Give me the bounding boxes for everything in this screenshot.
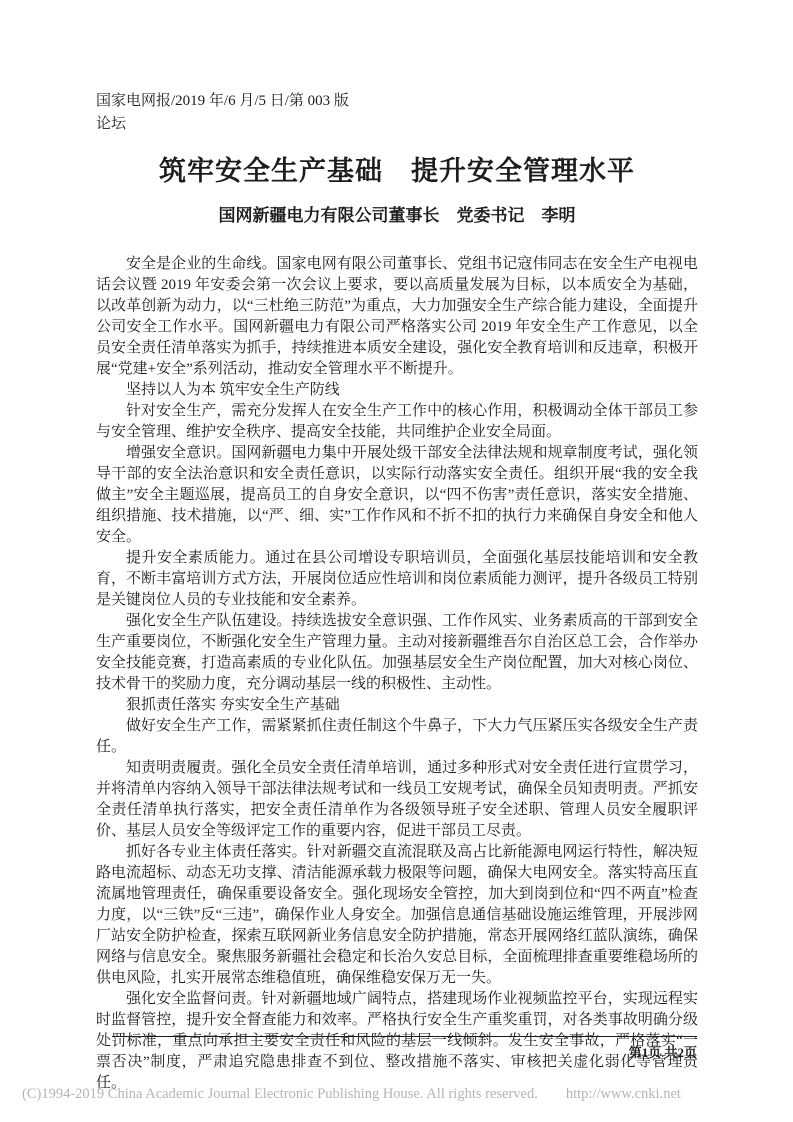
- source-line: 国家电网报/2019 年/6 月/5 日/第 003 版: [96, 90, 698, 113]
- body-paragraph: 安全是企业的生命线。国家电网有限公司董事长、党组书记寇伟同志在安全生产电视电话会…: [96, 254, 698, 380]
- section-label: 论坛: [96, 113, 698, 136]
- article-body: 安全是企业的生命线。国家电网有限公司董事长、党组书记寇伟同志在安全生产电视电话会…: [96, 254, 698, 1094]
- copyright-text: (C)1994-2019 China Academic Journal Elec…: [22, 1086, 538, 1102]
- page-indicator: 第1页 共2页: [96, 1042, 697, 1061]
- section-heading: 坚持以人为本 筑牢安全生产防线: [96, 380, 698, 401]
- body-paragraph: 提升安全素质能力。通过在县公司增设专职培训员，全面强化基层技能培训和安全教育，不…: [96, 548, 698, 611]
- body-paragraph: 知责明责履责。强化全员安全责任清单培训，通过多种形式对安全责任进行宣贯学习，并将…: [96, 758, 698, 842]
- article-content: 国家电网报/2019 年/6 月/5 日/第 003 版 论坛 筑牢安全生产基础…: [96, 90, 698, 1094]
- footer-divider: [112, 1036, 697, 1037]
- body-paragraph: 强化安全生产队伍建设。持续选拔安全意识强、工作作风实、业务素质高的干部到安全生产…: [96, 611, 698, 695]
- cnki-url: http://www.cnki.net: [566, 1086, 681, 1102]
- body-paragraph: 做好安全生产工作，需紧紧抓住责任制这个牛鼻子，下大力气压紧压实各级安全生产责任。: [96, 716, 698, 758]
- document-page: 国家电网报/2019 年/6 月/5 日/第 003 版 论坛 筑牢安全生产基础…: [0, 0, 793, 1122]
- article-title: 筑牢安全生产基础 提升安全管理水平: [96, 154, 698, 188]
- copyright-notice: (C)1994-2019 China Academic Journal Elec…: [22, 1086, 782, 1103]
- document-header: 国家电网报/2019 年/6 月/5 日/第 003 版 论坛: [96, 90, 698, 136]
- body-paragraph: 抓好各专业主体责任落实。针对新疆交直流混联及高占比新能源电网运行特性，解决短路电…: [96, 842, 698, 989]
- body-paragraph: 针对安全生产，需充分发挥人在安全生产工作中的核心作用，积极调动全体干部员工参与安…: [96, 401, 698, 443]
- body-paragraph: 增强安全意识。国网新疆电力集中开展处级干部安全法律法规和规章制度考试，强化领导干…: [96, 443, 698, 548]
- article-byline: 国网新疆电力有限公司董事长 党委书记 李明: [96, 204, 698, 228]
- section-heading: 狠抓责任落实 夯实安全生产基础: [96, 695, 698, 716]
